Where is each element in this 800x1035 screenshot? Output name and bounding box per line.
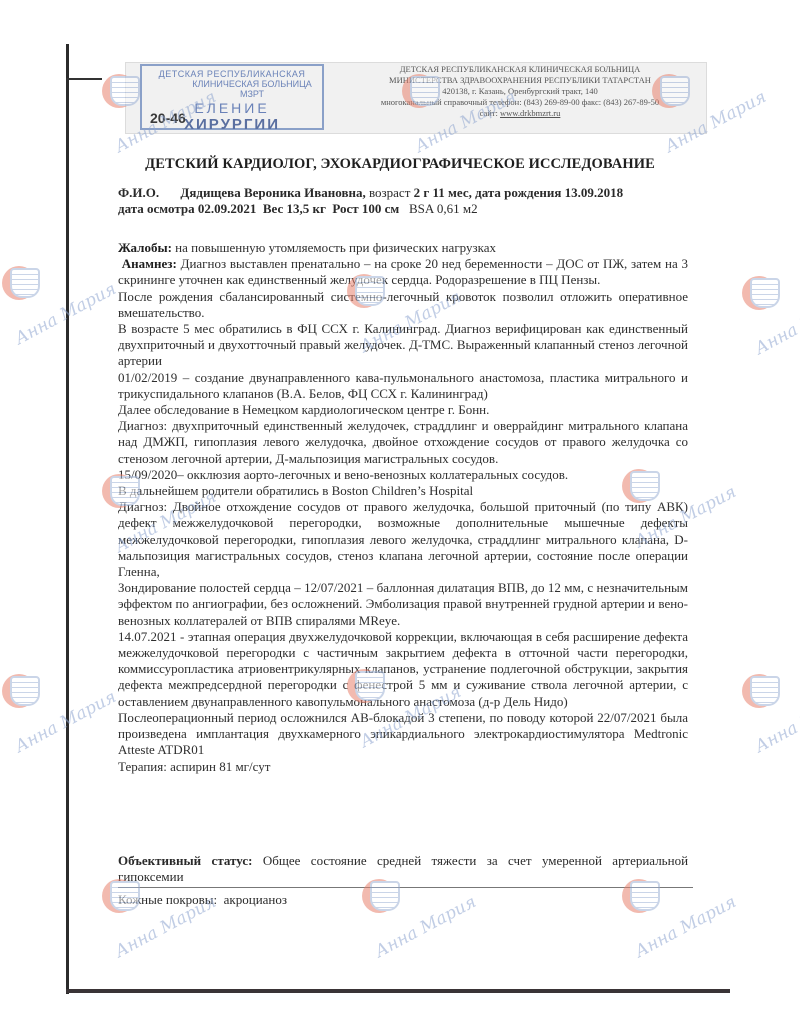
skin-text: акроцианоз xyxy=(224,892,287,907)
watermark: Анна Мария xyxy=(0,262,121,324)
patient-age: 2 г 11 мес, xyxy=(414,185,472,200)
complaints-label: Жалобы: xyxy=(118,240,172,255)
anamnesis-para-0: Анамнез: Диагноз выставлен пренатально –… xyxy=(118,256,688,288)
anamnesis-para-10: 14.07.2021 - этапная операция двухжелудо… xyxy=(118,629,688,710)
page-border-left xyxy=(66,44,69,994)
fio-label: Ф.И.О. xyxy=(118,185,159,200)
site-link[interactable]: www.drkbmzrt.ru xyxy=(500,108,560,118)
patient-weight: Вес 13,5 кг xyxy=(263,201,326,216)
page-border-bottom xyxy=(66,989,730,993)
patient-line-1: Ф.И.О. Дядищева Вероника Ивановна, возра… xyxy=(118,185,678,201)
skin-label: Кожные покровы: xyxy=(118,892,217,907)
patient-dob: 13.09.2018 xyxy=(565,185,624,200)
stamp-handwritten-number: 20-46 xyxy=(150,110,186,126)
watermark-text: Анна Мария xyxy=(752,687,800,757)
watermark-logo-icon xyxy=(0,262,50,304)
hospital-site-row: сайт: www.drkbmzrt.ru xyxy=(340,108,700,119)
site-label: сайт: xyxy=(480,108,498,118)
page-edge-mark xyxy=(66,78,102,80)
ministry-name: МИНИСТЕРСТВА ЗДРАВООХРАНЕНИЯ РЕСПУБЛИКИ … xyxy=(340,75,700,86)
exam-label: дата осмотра xyxy=(118,201,195,216)
anamnesis-para-8: Диагноз: Двойное отхождение сосудов от п… xyxy=(118,499,688,580)
clinical-content: Жалобы: на повышенную утомляемость при ф… xyxy=(118,240,688,775)
patient-height: Рост 100 см xyxy=(332,201,399,216)
age-label: возраст xyxy=(369,185,410,200)
dob-label: дата рождения xyxy=(475,185,561,200)
patient-line-2: дата осмотра 02.09.2021 Вес 13,5 кг Рост… xyxy=(118,201,678,217)
anamnesis-label: Анамнез: xyxy=(122,256,177,271)
patient-bsa: BSA 0,61 м2 xyxy=(409,201,478,216)
anamnesis-para-5: Диагноз: двухприточный единственный желу… xyxy=(118,418,688,467)
document-title: ДЕТСКИЙ КАРДИОЛОГ, ЭХОКАРДИОГРАФИЧЕСКОЕ … xyxy=(0,156,800,173)
watermark-text: Анна Мария xyxy=(752,289,800,359)
anamnesis-para-3: 01/02/2019 – создание двунаправленного к… xyxy=(118,370,688,402)
hospital-name: ДЕТСКАЯ РЕСПУБЛИКАНСКАЯ КЛИНИЧЕСКАЯ БОЛЬ… xyxy=(340,64,700,75)
patient-info: Ф.И.О. Дядищева Вероника Ивановна, возра… xyxy=(118,185,678,217)
anamnesis-para-9: Зондирование полостей сердца – 12/07/202… xyxy=(118,580,688,629)
patient-name: Дядищева Вероника Ивановна, xyxy=(180,185,365,200)
exam-date: 02.09.2021 xyxy=(198,201,257,216)
department-stamp: ДЕТСКАЯ РЕСПУБЛИКАНСКАЯ КЛИНИЧЕСКАЯ БОЛЬ… xyxy=(140,64,324,130)
horizontal-rule xyxy=(118,887,693,888)
stamp-line-2: КЛИНИЧЕСКАЯ БОЛЬНИЦА МЗРТ xyxy=(142,79,322,99)
watermark: Анна Мария xyxy=(740,272,800,334)
anamnesis-para-6: 15/09/2020– окклюзия аорто-легочных и ве… xyxy=(118,467,688,483)
objective-status: Объективный статус: Общее состояние сред… xyxy=(118,853,688,885)
anamnesis-para-11: Послеоперационный период осложнился АВ-б… xyxy=(118,710,688,759)
skin-status: Кожные покровы: акроцианоз xyxy=(118,892,287,908)
watermark-logo-icon xyxy=(740,670,790,712)
anamnesis-para-12: Терапия: аспирин 81 мг/сут xyxy=(118,759,688,775)
anamnesis-para-4: Далее обследование в Немецком кардиологи… xyxy=(118,402,688,418)
anamnesis-para-7: В дальнейшем родители обратились в Bosto… xyxy=(118,483,688,499)
hospital-header: ДЕТСКАЯ РЕСПУБЛИКАНСКАЯ КЛИНИЧЕСКАЯ БОЛЬ… xyxy=(340,64,700,119)
complaints-text: на повышенную утомляемость при физически… xyxy=(175,240,496,255)
watermark-text: Анна Мария xyxy=(372,892,480,962)
complaints: Жалобы: на повышенную утомляемость при ф… xyxy=(118,240,688,256)
stamp-line-1: ДЕТСКАЯ РЕСПУБЛИКАНСКАЯ xyxy=(142,69,322,79)
hospital-phones: многоканальный справочный телефон: (843)… xyxy=(340,97,700,108)
watermark-logo-icon xyxy=(740,272,790,314)
watermark-logo-icon xyxy=(0,670,50,712)
watermark: Анна Мария xyxy=(0,670,121,732)
objective-label: Объективный статус: xyxy=(118,853,252,868)
anamnesis-para-2: В возрасте 5 мес обратились в ФЦ ССХ г. … xyxy=(118,321,688,370)
watermark-text: Анна Мария xyxy=(632,892,740,962)
anamnesis-text: Диагноз выставлен пренатально – на сроке… xyxy=(118,256,688,287)
hospital-address: 420138, г. Казань, Оренбургский тракт, 1… xyxy=(340,86,700,97)
watermark: Анна Мария xyxy=(740,670,800,732)
anamnesis-para-1: После рождения сбалансированный системно… xyxy=(118,289,688,321)
